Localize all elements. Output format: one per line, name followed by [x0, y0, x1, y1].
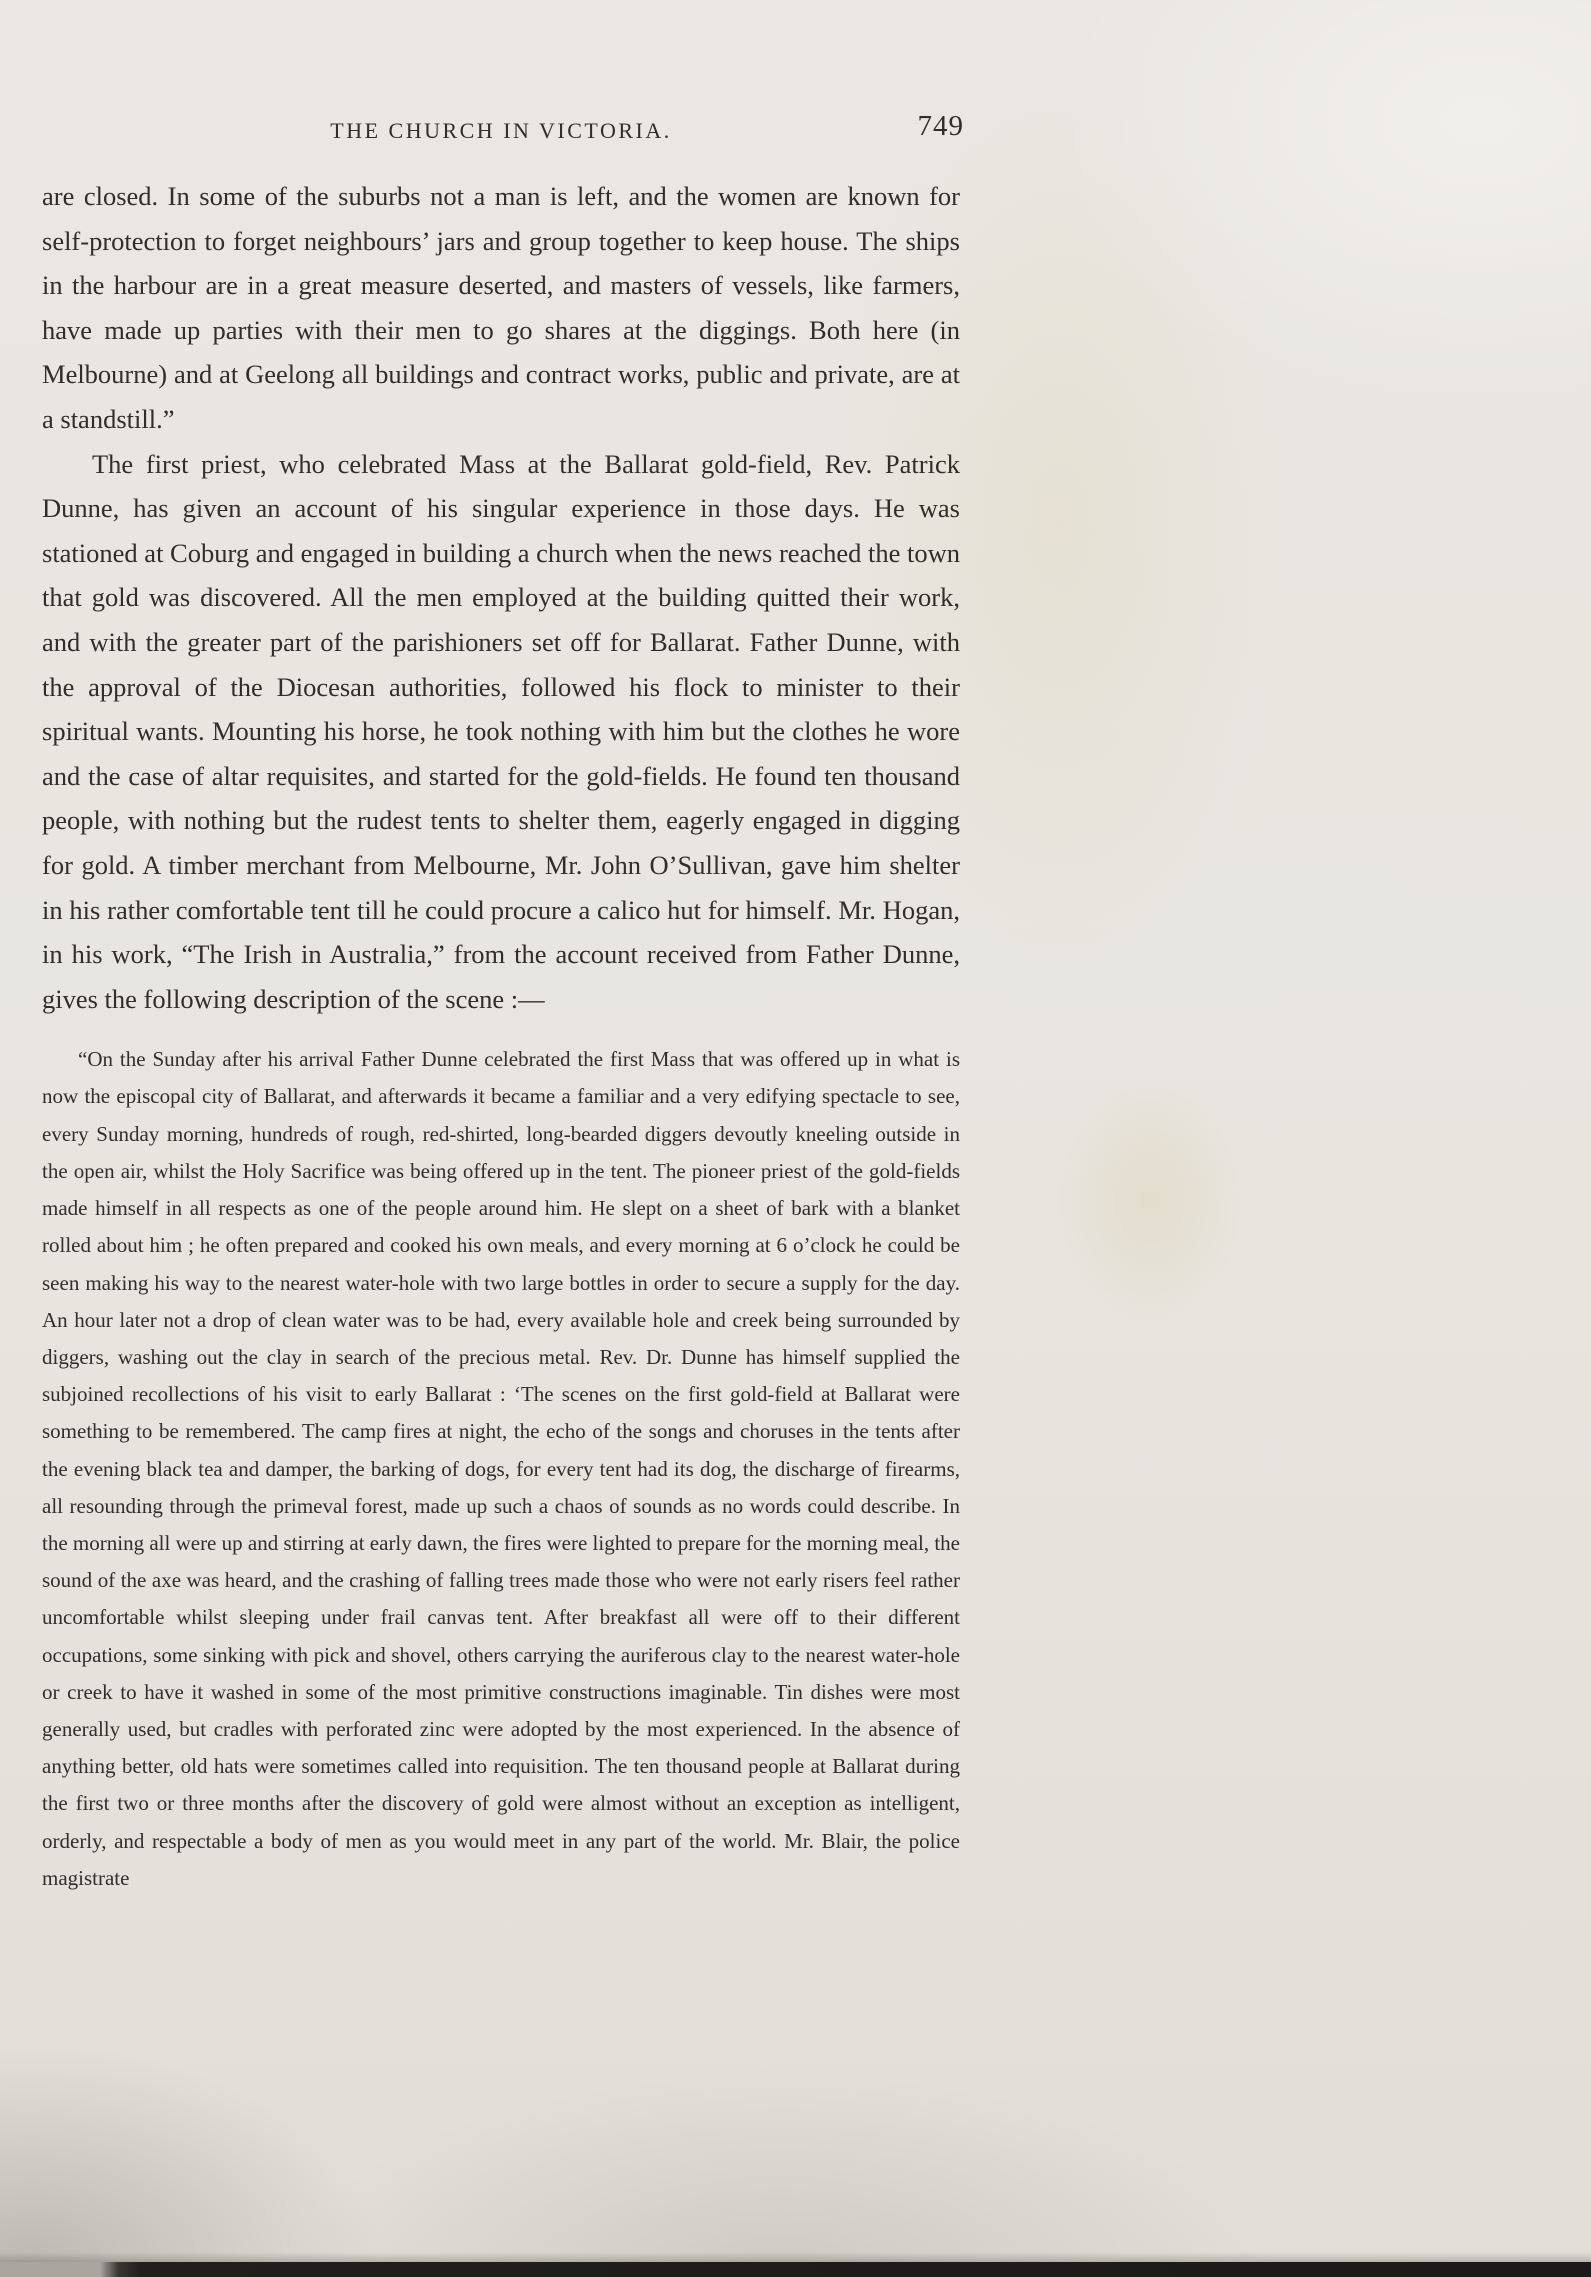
- scan-edge-shadow: [0, 2252, 1591, 2262]
- scan-bottom-edge: [0, 2262, 1591, 2277]
- running-head-title: THE CHURCH IN VICTORIA.: [42, 118, 960, 144]
- page-number: 749: [918, 110, 965, 143]
- extract-hogan-description: “On the Sunday after his arrival Father …: [42, 1041, 960, 1897]
- book-page-scan: THE CHURCH IN VICTORIA. 749 are closed. …: [0, 0, 1591, 2277]
- paragraph-father-dunne: The first priest, who celebrated Mass at…: [42, 442, 960, 1022]
- page-content: THE CHURCH IN VICTORIA. 749 are closed. …: [42, 116, 960, 1897]
- page-header: THE CHURCH IN VICTORIA. 749: [42, 116, 960, 152]
- paragraph-continuation: are closed. In some of the suburbs not a…: [42, 174, 960, 442]
